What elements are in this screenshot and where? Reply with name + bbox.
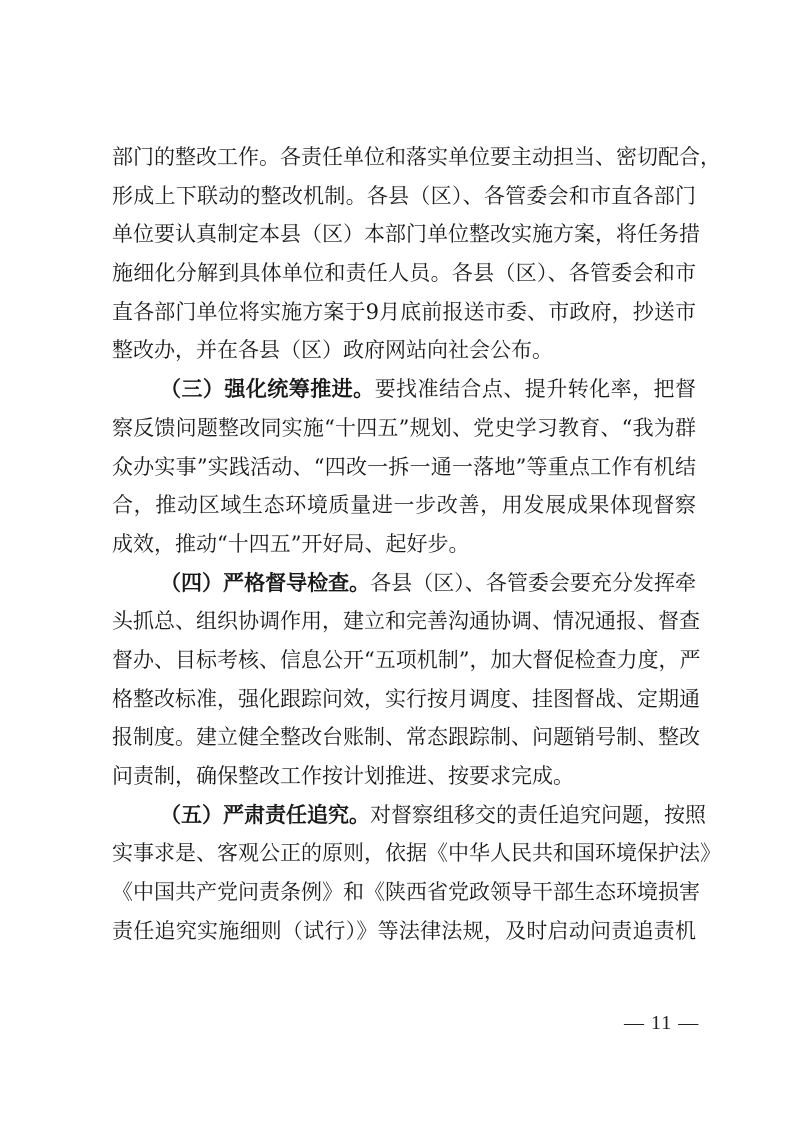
text-line: 实事求是、客观公正的原则，依据《中华人民共和国环境保护法》 [112,834,696,873]
text-line: 问责制，确保整改工作按计划推进、按要求完成。 [112,757,696,796]
section-5-first-line: （五）严肃责任追究。对督察组移交的责任追究问题，按照 [112,796,696,835]
section-4-first-line: （四）严格督导检查。各县（区）、各管委会要充分发挥牵 [112,564,696,603]
text-line: 合，推动区域生态环境质量进一步改善，用发展成果体现督察 [112,486,696,525]
text-line: 格整改标准，强化跟踪问效，实行按月调度、挂图督战、定期通 [112,680,696,719]
text-line: 《中国共产党问责条例》和《陕西省党政领导干部生态环境损害 [112,873,696,912]
text-line: 部门的整改工作。各责任单位和落实单位要主动担当、密切配合， [112,138,696,177]
text-line: 单位要认真制定本县（区）本部门单位整改实施方案，将任务措 [112,215,696,254]
section-heading: （五）严肃责任追究。 [160,802,370,827]
text-line: 形成上下联动的整改机制。各县（区）、各管委会和市直各部门 [112,177,696,216]
text-line: 头抓总、组织协调作用，建立和完善沟通协调、情况通报、督查 [112,602,696,641]
section-heading: （三）强化统筹推进。 [160,376,375,401]
section-text: 要找准结合点、提升转化率，把督 [375,377,696,401]
section-heading: （四）严格督导检查。 [160,570,370,595]
text-line: 督办、目标考核、信息公开“五项机制”，加大督促检查力度，严 [112,641,696,680]
text-line: 报制度。建立健全整改台账制、常态跟踪制、问题销号制、整改 [112,718,696,757]
section-3-first-line: （三）强化统筹推进。要找准结合点、提升转化率，把督 [112,370,696,409]
document-page: 部门的整改工作。各责任单位和落实单位要主动担当、密切配合， 形成上下联动的整改机… [0,0,793,1122]
page-number: — 11 — [624,1012,699,1035]
section-text: 各县（区）、各管委会要充分发挥牵 [370,571,696,595]
text-line: 众办实事”实践活动、“四改一拆一通一落地”等重点工作有机结 [112,448,696,487]
body-text: 部门的整改工作。各责任单位和落实单位要主动担当、密切配合， 形成上下联动的整改机… [112,138,696,950]
section-text: 对督察组移交的责任追究问题，按照 [370,803,706,827]
text-line: 责任追究实施细则（试行）》等法律法规，及时启动问责追责机 [112,912,696,951]
text-line: 察反馈问题整改同实施“十四五”规划、党史学习教育、“我为群 [112,409,696,448]
text-line: 施细化分解到具体单位和责任人员。各县（区）、各管委会和市 [112,254,696,293]
text-line: 直各部门单位将实施方案于9月底前报送市委、市政府，抄送市 [112,293,696,332]
text-line: 成效，推动“十四五”开好局、起好步。 [112,525,696,564]
text-line: 整改办，并在各县（区）政府网站向社会公布。 [112,331,696,370]
